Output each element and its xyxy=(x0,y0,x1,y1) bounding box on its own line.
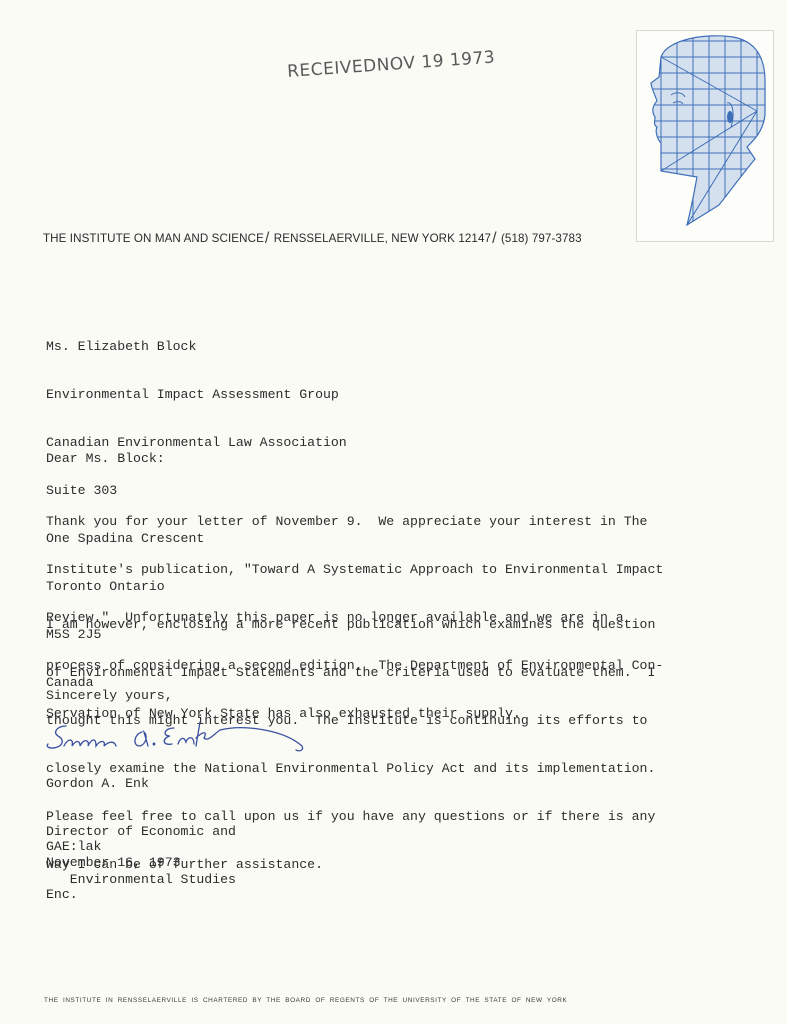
address-line: Canadian Environmental Law Association xyxy=(46,435,347,451)
signer-name: Gordon A. Enk xyxy=(46,776,236,792)
stamp-date: NOV 19 1973 xyxy=(376,48,496,76)
paragraph-line: Thank you for your letter of November 9.… xyxy=(46,514,663,530)
head-profile-grid-logo xyxy=(636,30,774,242)
paragraph-line: I am however, enclosing a more recent pu… xyxy=(46,617,655,633)
received-stamp: RECEIVEDNOV 19 1973 xyxy=(287,48,496,82)
letter-date: November 16, 1973 xyxy=(46,855,181,871)
paragraph-line: of Environmental Impact Statements and t… xyxy=(46,665,655,681)
address-line: Environmental Impact Assessment Group xyxy=(46,387,347,403)
enclosure-note: Enc. xyxy=(46,887,101,903)
organization-name: THE INSTITUTE ON MAN AND SCIENCE xyxy=(43,232,264,245)
letterhead: THE INSTITUTE ON MAN AND SCIENCE/ RENSSE… xyxy=(43,229,582,247)
address-line: Ms. Elizabeth Block xyxy=(46,339,347,355)
salutation: Dear Ms. Block: xyxy=(46,451,165,467)
closing: Sincerely yours, xyxy=(46,688,173,704)
stamp-label: RECEIVED xyxy=(287,56,378,82)
organization-phone: (518) 797-3783 xyxy=(501,232,582,245)
footer-charter-note: THE INSTITUTE IN RENSSELAERVILLE IS CHAR… xyxy=(44,997,567,1004)
organization-address: RENSSELAERVILLE, NEW YORK 12147 xyxy=(274,232,491,245)
separator: / xyxy=(492,230,497,247)
reference-initials: GAE:lak xyxy=(46,839,101,855)
head-profile-icon xyxy=(637,31,773,241)
separator: / xyxy=(265,230,270,247)
paragraph-line: Institute's publication, "Toward A Syste… xyxy=(46,562,663,578)
